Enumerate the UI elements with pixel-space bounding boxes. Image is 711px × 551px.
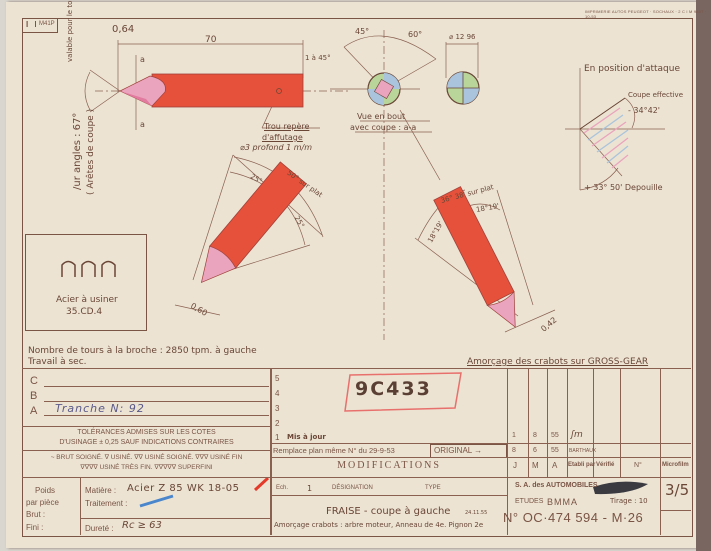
mod-num-2: 2 — [275, 419, 279, 428]
date-row2-a: 55 — [551, 447, 559, 454]
hdr-microfilm: Microfilm — [662, 462, 689, 468]
hdr-verifie: Vérifié — [596, 462, 614, 468]
mod-num-1: 1 — [275, 433, 279, 442]
date-row2-m: 6 — [533, 447, 537, 454]
par-piece-label: par pièce — [26, 498, 59, 507]
bmma-label: BMMA — [547, 497, 578, 507]
titleblock-divider — [270, 368, 272, 535]
designation-label: DÉSIGNATION — [332, 485, 373, 491]
date-row2-etabli: BARTHAUX — [569, 448, 596, 454]
end-angle-right: 60° — [408, 30, 422, 39]
attack-coupe-label: Coupe effective — [628, 91, 683, 99]
original-box: ORIGINAL → — [430, 444, 507, 458]
material-line2: 35.CD.4 — [66, 307, 102, 317]
ech-label: Ech. — [276, 485, 288, 491]
fini-label: Fini : — [26, 523, 43, 532]
date-row1-j: 1 — [512, 432, 516, 439]
finish-line-2: ∇∇∇∇ USINÉ TRÈS FIN. ∇∇∇∇∇ SUPERFINI — [22, 463, 271, 471]
original-label: ORIGINAL → — [434, 446, 482, 455]
dim-chamfer: 1 à 45° — [305, 54, 331, 62]
tolerance-line-2: D'USINAGE ± 0,25 SAUF INDICATIONS CONTRA… — [22, 439, 271, 446]
durete-label: Dureté : — [85, 524, 113, 533]
tirage-label: Tirage : 10 — [610, 497, 648, 505]
tolerance-line-1: TOLÉRANCES ADMISES SUR LES COTES — [22, 429, 271, 436]
rev-letter-c: C — [30, 375, 38, 387]
attack-coupe-angle: - 34°42' — [628, 106, 660, 115]
hdr-j: J — [513, 461, 517, 470]
designation-title: FRAISE - coupe à gauche — [326, 506, 450, 517]
amorcage-title: Amorçage des crabots sur GROSS-GEAR — [467, 357, 648, 367]
matiere-label: Matière : — [85, 486, 116, 495]
hdr-no: N° — [634, 462, 642, 469]
company-line1: S. A. des AUTOMOBILES — [515, 482, 598, 489]
ech-value: 1 — [307, 484, 312, 493]
signature: ʃm — [571, 430, 583, 440]
material-line1: Acier à usiner — [56, 295, 118, 305]
titleblock-top — [22, 368, 691, 369]
drawing-number: N° OC·474 594 - M·26 — [503, 510, 643, 525]
drawing-stamp: 9C433 — [355, 378, 432, 400]
type-label: TYPE — [425, 485, 441, 491]
angle-note: /ur angles : 67° — [72, 113, 83, 190]
modifications-title: MODIFICATIONS — [271, 460, 507, 471]
matiere-value: Acier Z 85 WK 18-05 — [127, 483, 240, 494]
note-line-1: Nombre de tours à la broche : 2850 tpm. … — [28, 346, 257, 356]
etudes-label: ETUDES — [506, 498, 543, 505]
material-box: Acier à usiner 35.CD.4 — [25, 234, 147, 331]
angle-note-sub: ( Arêtes de coupe ) — [86, 109, 96, 195]
sheet-number: 3/5 — [665, 481, 689, 499]
section-mark-top: a — [140, 55, 145, 64]
traitement-label: Traitement : — [85, 499, 127, 508]
section-mark-bottom: a — [140, 120, 145, 129]
attack-title: En position d'attaque — [584, 64, 680, 74]
hole-note-2: d'affutage — [262, 133, 303, 142]
hdr-m: M — [532, 461, 539, 470]
date-row1-m: 8 — [533, 432, 537, 439]
dim-length: 70 — [205, 35, 216, 45]
remplace-plan: Remplace plan même N° du 29-9-53 — [273, 446, 395, 455]
durete-value: Rc ≥ 63 — [122, 520, 162, 531]
designation-subtitle: Amorçage crabots : arbre moteur, Anneau … — [274, 521, 483, 529]
end-angle-left: 45° — [355, 27, 369, 36]
mod-num-4: 4 — [275, 389, 279, 398]
rev-letter-a: A — [30, 405, 37, 417]
hdr-etabli: Etabli par — [568, 462, 595, 468]
date-row2-j: 8 — [512, 447, 516, 454]
poids-label: Poids — [35, 486, 55, 495]
hdr-a: A — [552, 461, 557, 470]
mod-num-5: 5 — [275, 374, 279, 383]
designation-note: 24.11.55 — [465, 510, 487, 516]
mis-a-jour: Mis à jour — [287, 433, 326, 441]
rev-letter-b: B — [30, 390, 37, 402]
angle-note-side: valable pour le tournage — [66, 17, 74, 62]
end-caption-2: avec coupe : a-a — [350, 123, 416, 132]
end-diameter: ⌀ 12 96 — [449, 33, 475, 41]
mod-num-3: 3 — [275, 404, 279, 413]
brut-label: Brut : — [26, 510, 45, 519]
attack-depouille: + 33° 50' Depouille — [584, 183, 663, 192]
note-line-2: Travail à sec. — [28, 357, 87, 367]
rev-a-text: Tranche N: 92 — [55, 402, 145, 415]
end-caption-1: Vue en bout — [357, 112, 405, 121]
dim-tip: 0,64 — [112, 24, 134, 35]
hole-note-1: Trou repère — [264, 122, 309, 131]
date-row1-a: 55 — [551, 432, 559, 439]
finish-line-1: ~ BRUT SOIGNÉ. ∇ USINÉ. ∇∇ USINÉ SOIGNÉ.… — [22, 453, 271, 461]
hole-note-3: ⌀3 profond 1 m/m — [240, 143, 312, 152]
